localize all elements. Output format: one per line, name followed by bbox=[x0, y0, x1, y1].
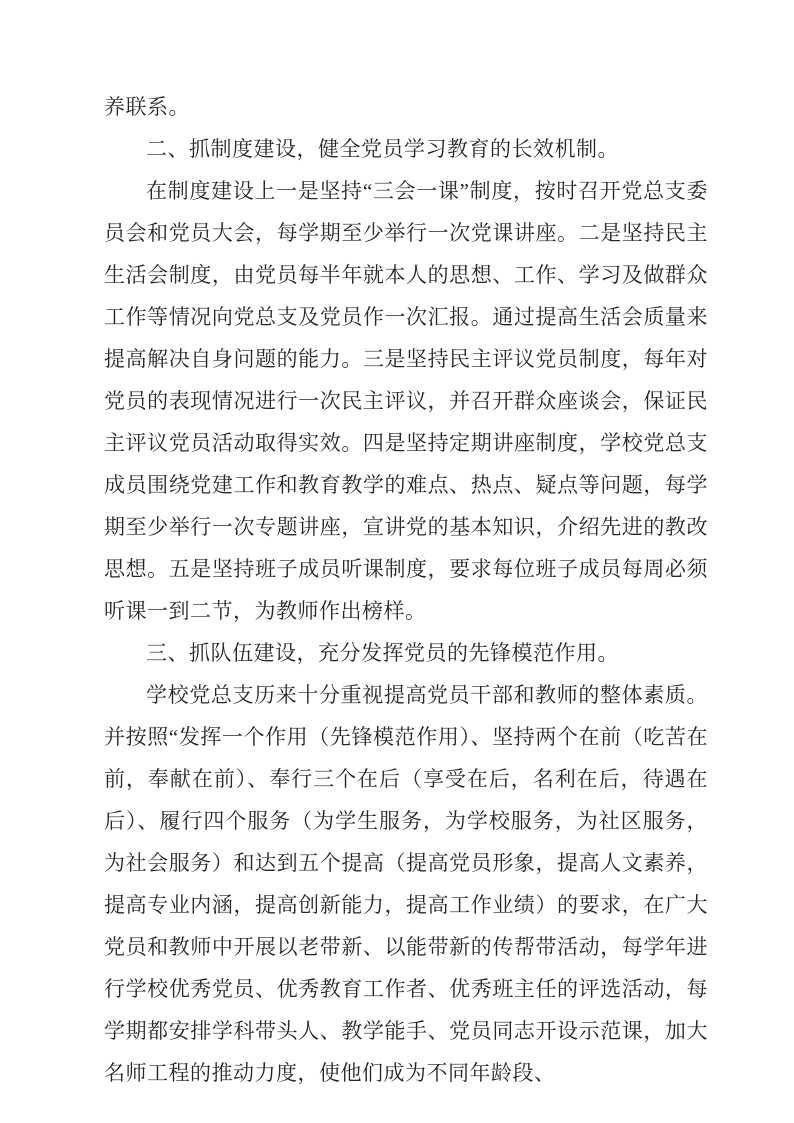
body-paragraph-team-building: 学校党总支历来十分重视提高党员干部和教师的整体素质。并按照“发挥一个作用（先锋模… bbox=[104, 674, 708, 1094]
body-paragraph-system-building: 在制度建设上一是坚持“三会一课”制度，按时召开党总支委员会和党员大会，每学期至少… bbox=[104, 170, 708, 632]
section-heading-3: 三、抓队伍建设，充分发挥党员的先锋模范作用。 bbox=[104, 632, 708, 674]
paragraph-continuation: 养联系。 bbox=[104, 86, 708, 128]
section-heading-2: 二、抓制度建设，健全党员学习教育的长效机制。 bbox=[104, 128, 708, 170]
document-body: 养联系。 二、抓制度建设，健全党员学习教育的长效机制。 在制度建设上一是坚持“三… bbox=[104, 86, 708, 1094]
document-page: 养联系。 二、抓制度建设，健全党员学习教育的长效机制。 在制度建设上一是坚持“三… bbox=[0, 0, 794, 1123]
